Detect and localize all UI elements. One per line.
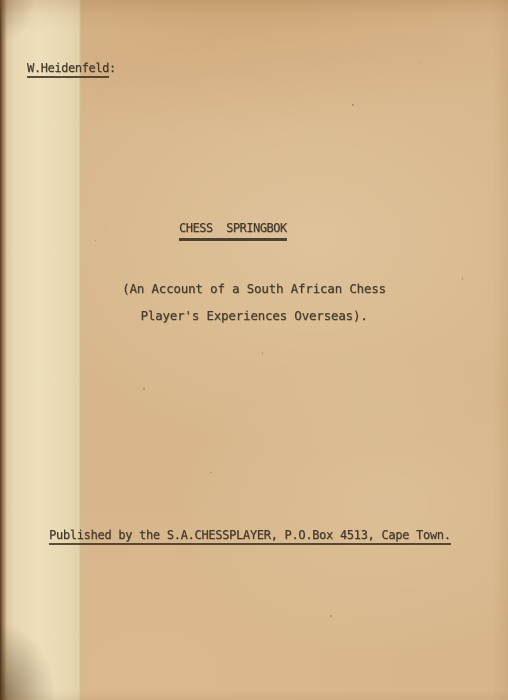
publisher-line: Published by the S.A.CHESSPLAYER, P.O.Bo… — [49, 528, 451, 542]
scanned-cover-page: W.Heidenfeld: CHESS SPRINGBOK (An Accoun… — [0, 0, 508, 700]
paper-speck — [420, 62, 421, 63]
paper-speck — [143, 388, 145, 390]
author-line: W.Heidenfeld: — [27, 61, 116, 75]
paper-speck — [352, 104, 354, 106]
subtitle-line-1: (An Account of a South African Chess — [0, 275, 508, 302]
subtitle-block: (An Account of a South African Chess Pla… — [0, 275, 508, 329]
book-title: CHESS SPRINGBOK — [179, 221, 287, 241]
paper-speck — [330, 615, 332, 617]
paper-speck — [95, 240, 96, 241]
author-colon: : — [109, 61, 116, 75]
publisher-text: Published by the S.A.CHESSPLAYER, P.O.Bo… — [49, 528, 451, 545]
title-line: CHESS SPRINGBOK — [179, 221, 287, 235]
author-name: W.Heidenfeld — [27, 61, 109, 78]
paper-speck — [262, 352, 263, 354]
paper-speck — [210, 472, 212, 473]
subtitle-line-2: Player's Experiences Overseas). — [0, 302, 508, 329]
page-fold-strip — [0, 0, 81, 700]
